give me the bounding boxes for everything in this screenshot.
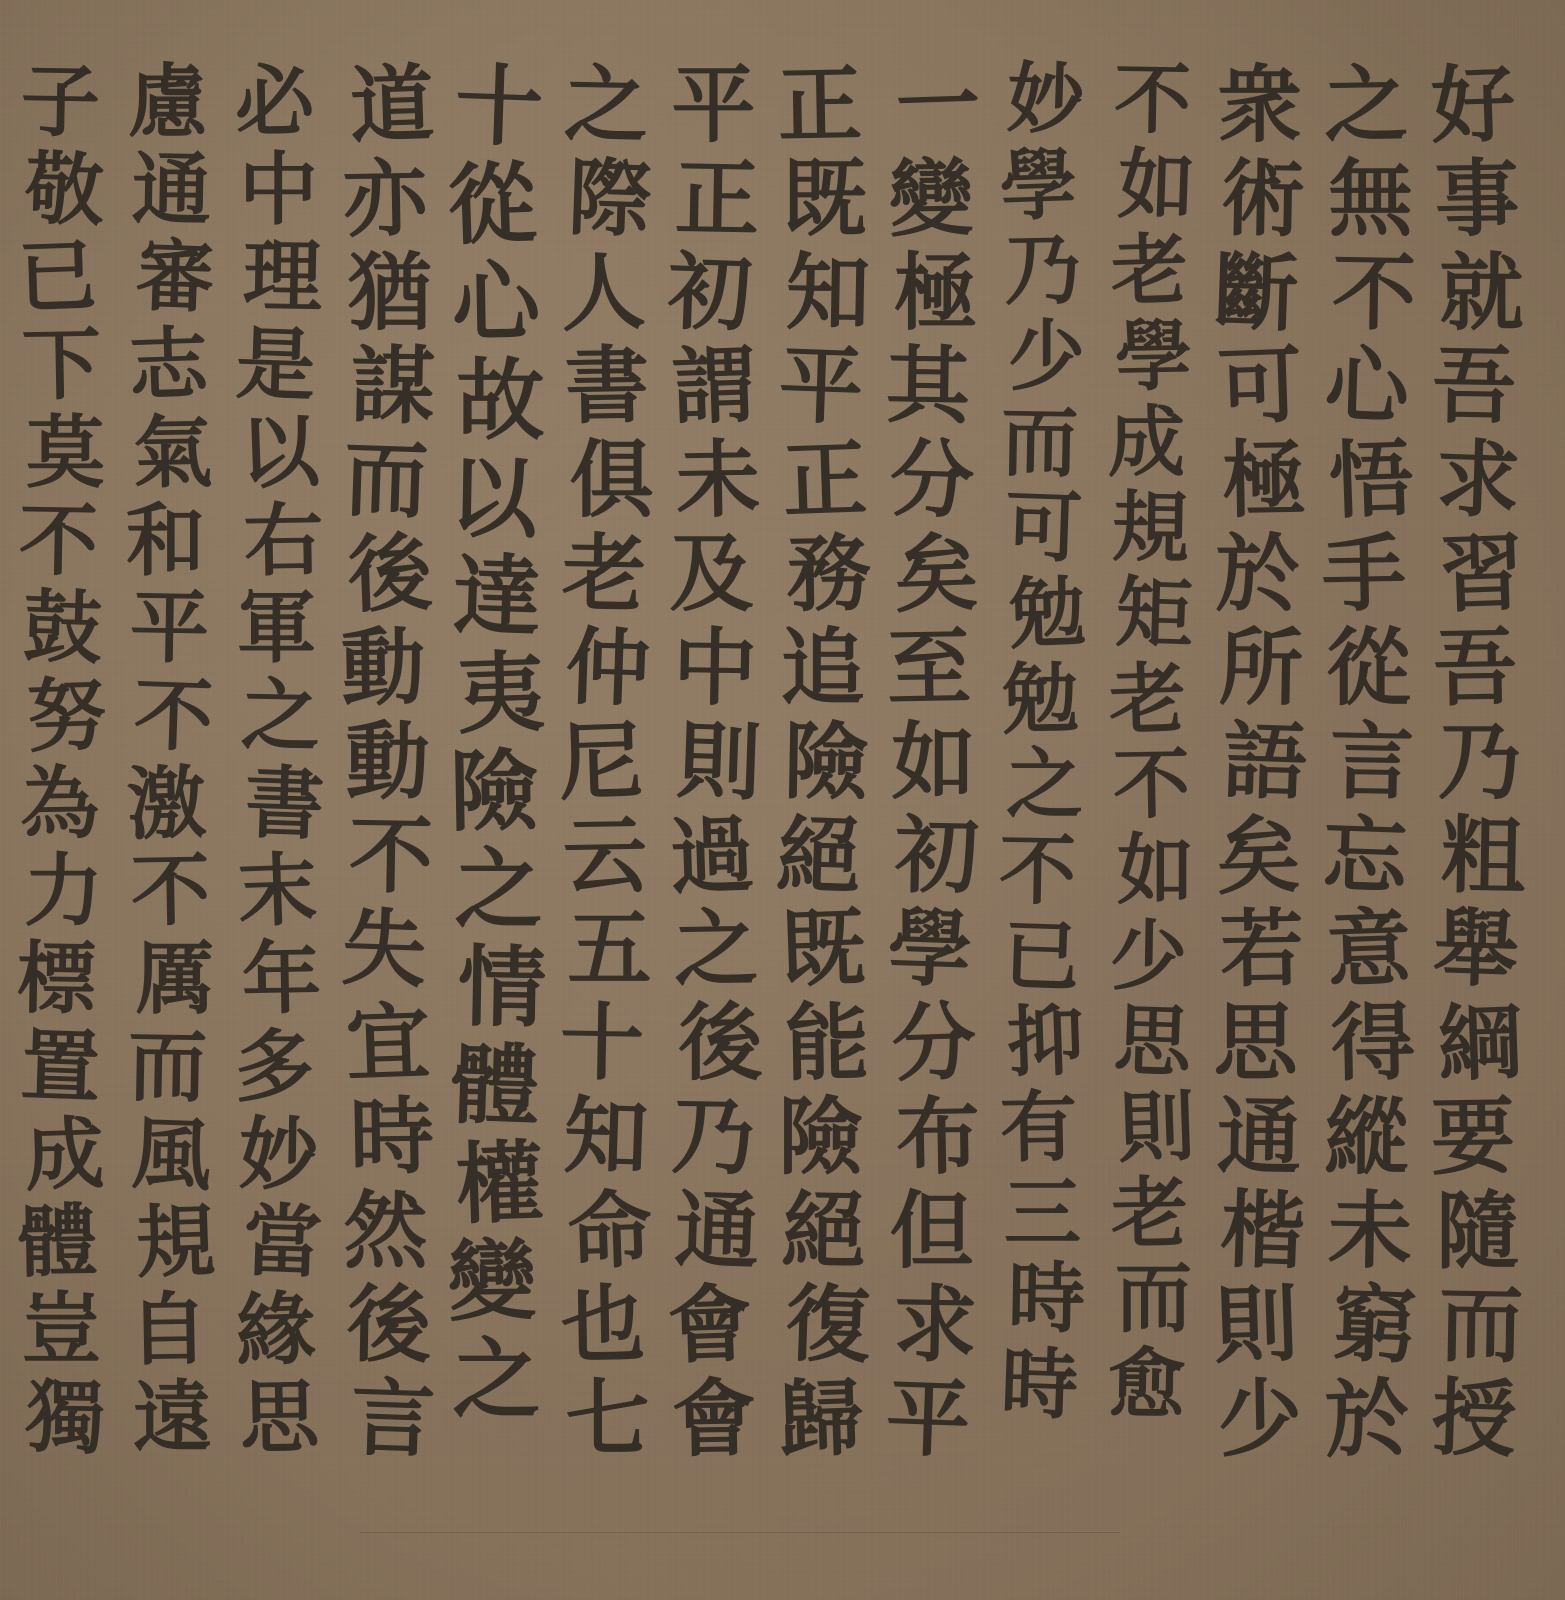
calligraphy-character: 後 — [678, 996, 762, 1090]
calligraphy-character: 求 — [893, 1277, 979, 1372]
calligraphy-character: 俱 — [569, 433, 653, 527]
calligraphy-character: 過 — [669, 807, 756, 904]
calligraphy-character: 標 — [16, 935, 97, 1024]
calligraphy-character: 學 — [999, 142, 1079, 230]
calligraphy-column-3: 衆術斷可極於所語矣若思通楷則少 — [1206, 58, 1315, 1558]
calligraphy-column-11: 道亦猶謀而後動動不失宜時然後言 — [334, 58, 443, 1558]
calligraphy-character: 若 — [1220, 902, 1306, 997]
calligraphy-character: 事 — [1435, 151, 1521, 246]
calligraphy-character: 正 — [778, 57, 864, 152]
calligraphy-character: 從 — [1326, 621, 1410, 715]
calligraphy-character: 宜 — [345, 995, 432, 1092]
calligraphy-character: 而 — [127, 1022, 208, 1111]
calligraphy-character: 人 — [560, 244, 647, 341]
calligraphy-character: 老 — [1110, 228, 1190, 316]
calligraphy-character: 乃 — [1003, 229, 1081, 316]
calligraphy-character: 愈 — [1107, 1342, 1185, 1429]
calligraphy-character: 獨 — [25, 1373, 106, 1462]
calligraphy-character: 得 — [1331, 996, 1417, 1091]
calligraphy-character: 矩 — [1115, 571, 1195, 659]
calligraphy-character: 險 — [450, 743, 540, 842]
calligraphy-character: 妙 — [238, 1110, 319, 1199]
calligraphy-character: 不 — [349, 808, 435, 903]
calligraphy-character: 授 — [1431, 1370, 1518, 1467]
calligraphy-character: 追 — [780, 621, 864, 715]
calligraphy-character: 不 — [1113, 57, 1191, 144]
calligraphy-character: 中 — [239, 146, 318, 234]
calligraphy-character: 自 — [128, 1285, 209, 1374]
calligraphy-character: 夷 — [456, 644, 547, 745]
calligraphy-character: 不 — [998, 828, 1076, 915]
calligraphy-character: 必 — [234, 57, 315, 146]
calligraphy-character: 可 — [1004, 485, 1084, 573]
calligraphy-character: 抑 — [1006, 999, 1086, 1087]
calligraphy-character: 十 — [454, 56, 545, 157]
calligraphy-character: 書 — [243, 758, 325, 848]
calligraphy-character: 少 — [1008, 315, 1085, 401]
calligraphy-character: 不 — [1332, 245, 1418, 340]
calligraphy-character: 以 — [238, 408, 320, 498]
calligraphy-character: 際 — [567, 150, 654, 247]
calligraphy-character: 書 — [565, 339, 651, 434]
calligraphy-character: 知 — [786, 245, 872, 340]
calligraphy-character: 不 — [1112, 743, 1190, 830]
calligraphy-character: 之 — [452, 1331, 540, 1429]
calligraphy-character: 和 — [126, 497, 205, 585]
calligraphy-character: 慮 — [128, 58, 207, 146]
calligraphy-character: 後 — [347, 526, 434, 623]
calligraphy-character: 險 — [778, 1090, 862, 1184]
calligraphy-character: 平 — [778, 338, 865, 435]
calligraphy-character: 已 — [16, 232, 98, 322]
calligraphy-character: 不 — [18, 496, 99, 585]
calligraphy-character: 多 — [235, 1023, 314, 1111]
calligraphy-character: 末 — [236, 846, 318, 936]
calligraphy-character: 謀 — [351, 339, 437, 434]
calligraphy-column-6: 一變極其分矣至如初學分布但求平 — [879, 58, 988, 1558]
calligraphy-character: 要 — [1431, 1089, 1517, 1184]
calligraphy-character: 思 — [1113, 999, 1193, 1087]
calligraphy-character: 勉 — [1001, 657, 1079, 744]
calligraphy-character: 縱 — [1324, 1090, 1408, 1184]
calligraphy-character: 時 — [1007, 1257, 1085, 1344]
calligraphy-character: 矣 — [1215, 807, 1302, 904]
calligraphy-character: 通 — [131, 145, 212, 234]
calligraphy-character: 老 — [562, 526, 648, 621]
calligraphy-character: 失 — [341, 901, 428, 998]
calligraphy-character: 理 — [242, 233, 323, 322]
calligraphy-character: 有 — [999, 1085, 1077, 1172]
calligraphy-character: 少 — [1109, 914, 1187, 1001]
calligraphy-character: 吾 — [1433, 620, 1519, 715]
calligraphy-column-1: 好事就吾求習吾乃粗舉綱要隨而授 — [1424, 58, 1533, 1558]
calligraphy-character: 後 — [347, 1277, 433, 1372]
calligraphy-character: 七 — [565, 1372, 649, 1466]
calligraphy-character: 學 — [887, 901, 974, 998]
calligraphy-character: 妙 — [1006, 57, 1086, 145]
calligraphy-character: 尼 — [558, 713, 645, 810]
calligraphy-character: 於 — [1324, 1370, 1411, 1467]
calligraphy-column-2: 之無不心悟手從言忘意得縱未窮於 — [1315, 58, 1424, 1558]
calligraphy-character: 心 — [452, 253, 542, 352]
calligraphy-character: 激 — [125, 758, 207, 848]
calligraphy-character: 言 — [350, 1370, 437, 1467]
calligraphy-column-10: 十從心故以達夷險之情體權變之 — [443, 58, 552, 1558]
calligraphy-character: 險 — [784, 714, 870, 809]
calligraphy-character: 如 — [1117, 142, 1197, 230]
calligraphy-character: 如 — [1117, 829, 1194, 915]
calligraphy-character: 鼓 — [21, 583, 103, 673]
calligraphy-column-5: 妙學乃少而可勉勉之不已抑有三時時 — [988, 58, 1097, 1558]
calligraphy-character: 莫 — [26, 409, 105, 497]
calligraphy-character: 已 — [1002, 913, 1082, 1001]
calligraphy-character: 緣 — [234, 1285, 316, 1375]
calligraphy-character: 審 — [134, 232, 216, 322]
calligraphy-character: 則 — [1117, 1085, 1197, 1173]
calligraphy-character: 如 — [891, 715, 975, 809]
calligraphy-character: 五 — [567, 902, 651, 996]
calligraphy-character: 努 — [25, 671, 107, 761]
calligraphy-column-12: 必中理是以右軍之書末年多妙當緣思 — [225, 58, 334, 1558]
calligraphy-column-13: 慮通審志氣和平不激不厲而風規自遠 — [116, 58, 225, 1558]
calligraphy-character: 至 — [887, 620, 973, 715]
calligraphy-character: 云 — [563, 808, 649, 903]
calligraphy-character: 吾 — [1432, 339, 1518, 434]
calligraphy-character: 之 — [674, 902, 760, 997]
calligraphy-character: 平 — [885, 1370, 972, 1467]
calligraphy-character: 求 — [1435, 432, 1522, 529]
calligraphy-character: 以 — [449, 449, 539, 548]
calligraphy-character: 通 — [674, 1183, 761, 1280]
calligraphy-character: 歸 — [778, 1370, 865, 1467]
calligraphy-paper: 好事就吾求習吾乃粗舉綱要隨而授 之無不心悟手從言忘意得縱未窮於 衆術斷可極於所語… — [0, 0, 1565, 1600]
calligraphy-character: 矣 — [893, 526, 980, 623]
calligraphy-character: 而 — [1439, 1277, 1525, 1372]
calligraphy-character: 右 — [243, 496, 324, 585]
calligraphy-character: 未 — [1328, 1183, 1414, 1278]
calligraphy-character: 力 — [24, 847, 103, 935]
calligraphy-column-14: 子敬已下莫不鼓努為力標置成體豈獨 — [7, 58, 116, 1558]
calligraphy-character: 心 — [1324, 338, 1411, 435]
calligraphy-character: 極 — [1222, 433, 1308, 528]
calligraphy-character: 厲 — [135, 935, 214, 1023]
calligraphy-character: 動 — [345, 715, 429, 809]
calligraphy-character: 粗 — [1441, 808, 1527, 903]
calligraphy-character: 言 — [1330, 714, 1416, 809]
calligraphy-character: 之 — [564, 57, 650, 152]
calligraphy-character: 風 — [130, 1109, 212, 1199]
calligraphy-character: 通 — [1217, 1089, 1303, 1184]
calligraphy-character: 手 — [1322, 526, 1408, 621]
calligraphy-character: 術 — [1221, 151, 1307, 246]
calligraphy-character: 成 — [23, 1109, 105, 1199]
calligraphy-character: 變 — [448, 1232, 538, 1331]
calligraphy-character: 忘 — [1322, 807, 1409, 904]
calligraphy-character: 是 — [234, 320, 316, 410]
calligraphy-character: 務 — [787, 526, 873, 621]
calligraphy-character: 規 — [1111, 486, 1189, 573]
calligraphy-character: 達 — [452, 546, 543, 647]
calligraphy-character: 成 — [1108, 401, 1185, 487]
calligraphy-character: 中 — [673, 620, 759, 715]
calligraphy-character: 無 — [1328, 152, 1412, 246]
calligraphy-character: 既 — [782, 152, 866, 246]
calligraphy-character: 十 — [560, 996, 646, 1091]
calligraphy-character: 極 — [893, 246, 977, 340]
calligraphy-character: 然 — [343, 1184, 427, 1278]
calligraphy-character: 體 — [450, 1036, 541, 1137]
calligraphy-character: 初 — [895, 808, 981, 903]
calligraphy-character: 變 — [889, 151, 975, 246]
calligraphy-character: 正 — [782, 432, 869, 529]
calligraphy-character: 知 — [563, 1089, 650, 1186]
calligraphy-character: 勉 — [1008, 571, 1088, 659]
calligraphy-columns: 好事就吾求習吾乃粗舉綱要隨而授 之無不心悟手從言忘意得縱未窮於 衆術斷可極於所語… — [0, 58, 1565, 1558]
calligraphy-character: 情 — [458, 938, 548, 1037]
calligraphy-character: 不 — [130, 847, 211, 936]
calligraphy-column-7: 正既知平正務追險絕既能險絕復歸 — [770, 58, 879, 1558]
calligraphy-character: 分 — [889, 432, 976, 529]
calligraphy-character: 但 — [889, 1184, 973, 1278]
calligraphy-character: 乃 — [671, 1089, 757, 1184]
calligraphy-character: 動 — [341, 620, 427, 715]
calligraphy-character: 權 — [454, 1133, 545, 1234]
calligraphy-character: 絕 — [776, 807, 863, 904]
calligraphy-character: 乃 — [1437, 715, 1521, 809]
calligraphy-character: 置 — [19, 1022, 101, 1112]
calligraphy-character: 斷 — [1213, 244, 1300, 341]
calligraphy-character: 而 — [1000, 400, 1078, 487]
calligraphy-character: 布 — [896, 1089, 982, 1184]
calligraphy-character: 少 — [1218, 1371, 1304, 1466]
calligraphy-character: 可 — [1217, 338, 1304, 435]
calligraphy-character: 子 — [20, 57, 101, 146]
bottom-mount-edge — [360, 1532, 1120, 1533]
calligraphy-character: 初 — [667, 244, 754, 341]
calligraphy-character: 好 — [1430, 57, 1517, 154]
calligraphy-character: 會 — [672, 1371, 758, 1466]
calligraphy-character: 志 — [127, 320, 209, 410]
calligraphy-character: 於 — [1215, 527, 1299, 621]
calligraphy-character: 時 — [350, 1089, 436, 1184]
calligraphy-character: 之 — [454, 841, 542, 939]
calligraphy-character: 平 — [129, 584, 210, 673]
calligraphy-character: 一 — [895, 57, 982, 154]
calligraphy-character: 從 — [447, 154, 538, 255]
calligraphy-character: 之 — [240, 671, 321, 760]
calligraphy-column-9: 之際人書俱老仲尼云五十知命也七 — [552, 58, 661, 1558]
calligraphy-character: 平 — [671, 58, 755, 152]
calligraphy-character: 則 — [1213, 1276, 1300, 1373]
calligraphy-character: 下 — [21, 320, 102, 409]
calligraphy-character: 而 — [1115, 1257, 1192, 1343]
calligraphy-character: 絕 — [782, 1183, 868, 1278]
calligraphy-character: 軍 — [237, 584, 316, 672]
calligraphy-character: 命 — [567, 1183, 654, 1280]
calligraphy-character: 意 — [1326, 901, 1413, 998]
calligraphy-character: 其 — [886, 339, 972, 434]
calligraphy-character: 學 — [1114, 314, 1192, 401]
calligraphy-character: 會 — [667, 1276, 754, 1373]
calligraphy-character: 謂 — [671, 338, 758, 435]
calligraphy-character: 思 — [1213, 996, 1297, 1090]
calligraphy-character: 時 — [1000, 1342, 1080, 1430]
calligraphy-character: 仲 — [565, 620, 652, 717]
calligraphy-character: 為 — [19, 759, 100, 848]
calligraphy-character: 豈 — [22, 1286, 101, 1374]
calligraphy-character: 敬 — [23, 144, 105, 234]
calligraphy-character: 窮 — [1331, 1276, 1418, 1373]
calligraphy-character: 故 — [456, 352, 544, 450]
calligraphy-character: 分 — [891, 995, 978, 1092]
calligraphy-character: 而 — [343, 432, 430, 529]
calligraphy-column-4: 不如老學成規矩老不如少思則老而愈 — [1097, 58, 1206, 1558]
calligraphy-character: 不 — [132, 671, 214, 761]
calligraphy-character: 正 — [675, 151, 761, 246]
calligraphy-character: 遠 — [133, 1374, 212, 1462]
calligraphy-column-8: 平正初謂未及中則過之後乃通會會 — [661, 58, 770, 1558]
calligraphy-character: 年 — [241, 935, 322, 1024]
calligraphy-character: 也 — [561, 1277, 647, 1372]
calligraphy-character: 思 — [239, 1373, 320, 1462]
calligraphy-character: 未 — [676, 433, 762, 528]
calligraphy-character: 體 — [17, 1198, 98, 1287]
calligraphy-character: 亦 — [343, 151, 429, 246]
calligraphy-character: 語 — [1222, 713, 1309, 810]
calligraphy-character: 氣 — [132, 408, 213, 497]
calligraphy-character: 悟 — [1328, 432, 1415, 529]
calligraphy-character: 老 — [1110, 1171, 1188, 1258]
calligraphy-character: 之 — [1006, 743, 1083, 829]
calligraphy-character: 隨 — [1435, 1184, 1519, 1278]
calligraphy-character: 及 — [669, 527, 753, 621]
calligraphy-character: 三 — [1004, 1172, 1081, 1258]
calligraphy-character: 綱 — [1437, 995, 1524, 1092]
calligraphy-character: 復 — [785, 1276, 872, 1373]
calligraphy-character: 習 — [1439, 526, 1526, 623]
calligraphy-character: 則 — [676, 713, 763, 810]
calligraphy-character: 舉 — [1433, 901, 1520, 998]
calligraphy-character: 衆 — [1217, 58, 1301, 152]
calligraphy-character: 所 — [1219, 620, 1305, 715]
calligraphy-character: 規 — [134, 1197, 216, 1287]
calligraphy-character: 猶 — [347, 246, 431, 340]
calligraphy-character: 能 — [785, 996, 871, 1091]
calligraphy-character: 老 — [1108, 656, 1188, 744]
calligraphy-character: 之 — [1324, 57, 1410, 152]
calligraphy-character: 當 — [241, 1197, 323, 1287]
calligraphy-character: 楷 — [1220, 1183, 1307, 1280]
calligraphy-character: 既 — [780, 901, 867, 998]
calligraphy-character: 道 — [349, 57, 436, 154]
calligraphy-character: 就 — [1439, 246, 1523, 340]
